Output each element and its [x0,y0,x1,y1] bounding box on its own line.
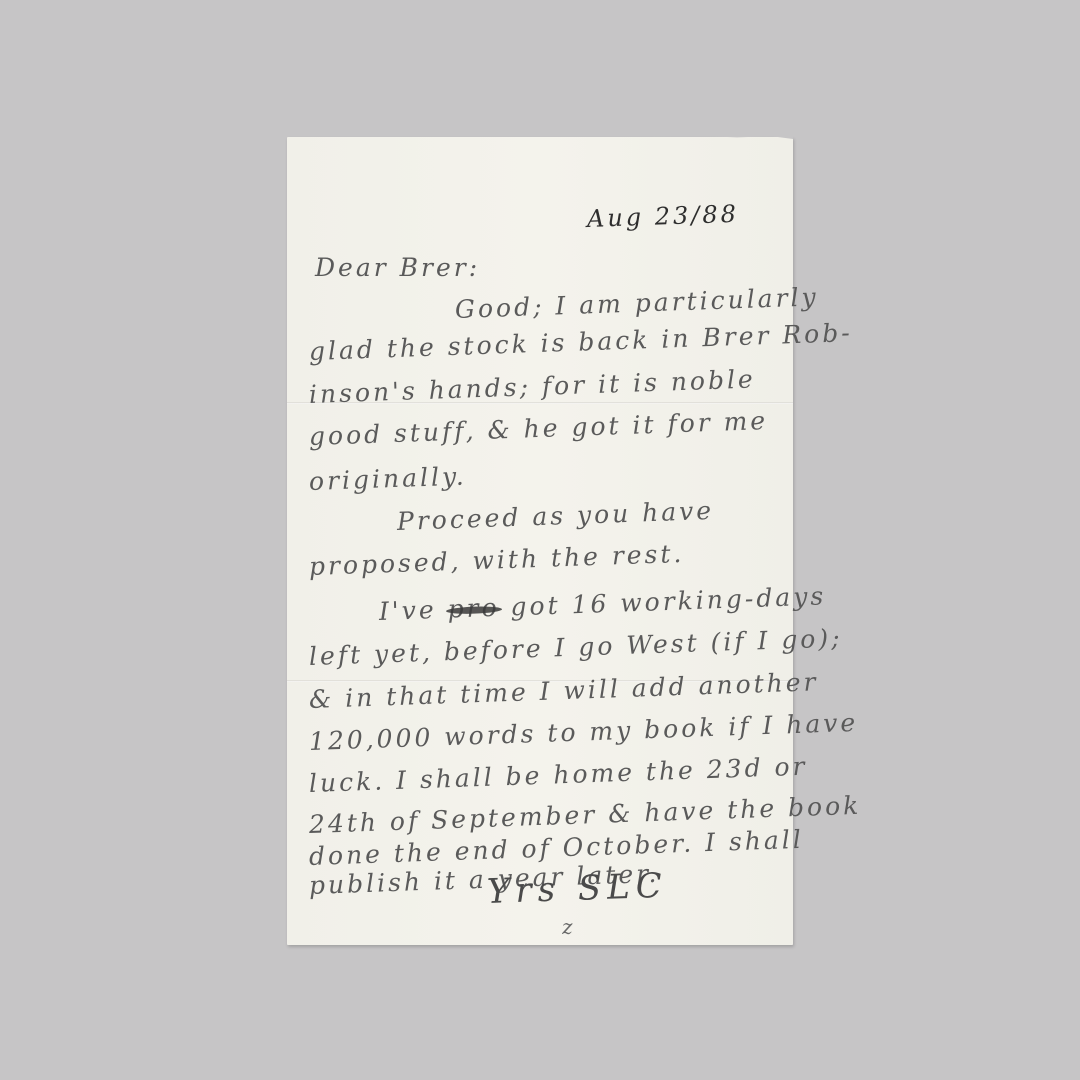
letter-line-1: Good; I am particularly [454,282,819,324]
letter-line-11: 120,000 words to my book if I have [308,708,858,756]
letter-line-2: glad the stock is back in Brer Rob- [308,318,853,366]
torn-edge [653,135,793,139]
signature: Yrs SLC [486,866,668,912]
letter-line-12: luck. I shall be home the 23d or [308,752,807,798]
photo-backdrop: Aug 23/88 Dear Brer: Good; I am particul… [0,0,1080,1080]
letter-line-4: good stuff, & he got it for me [308,406,768,451]
letter-line-8-start: I've [378,595,437,626]
letter-line-6: Proceed as you have [396,496,714,536]
letter-date: Aug 23/88 [587,200,740,233]
letter-line-8-end: got 16 working-days [510,581,827,621]
letter-line-9: left yet, before I go West (if I go); [308,623,842,671]
letter-line-10: & in that time I will add another [308,667,818,714]
letter-salutation: Dear Brer: [315,253,480,282]
letter-sheet: Aug 23/88 Dear Brer: Good; I am particul… [287,137,793,945]
letter-line-7: proposed, with the rest. [308,539,684,581]
letter-line-8: I've pro got 16 working-days [378,581,826,626]
signature-mark: z [562,915,576,939]
struck-out-word: pro [447,593,500,624]
letter-line-5: originally. [308,462,467,496]
